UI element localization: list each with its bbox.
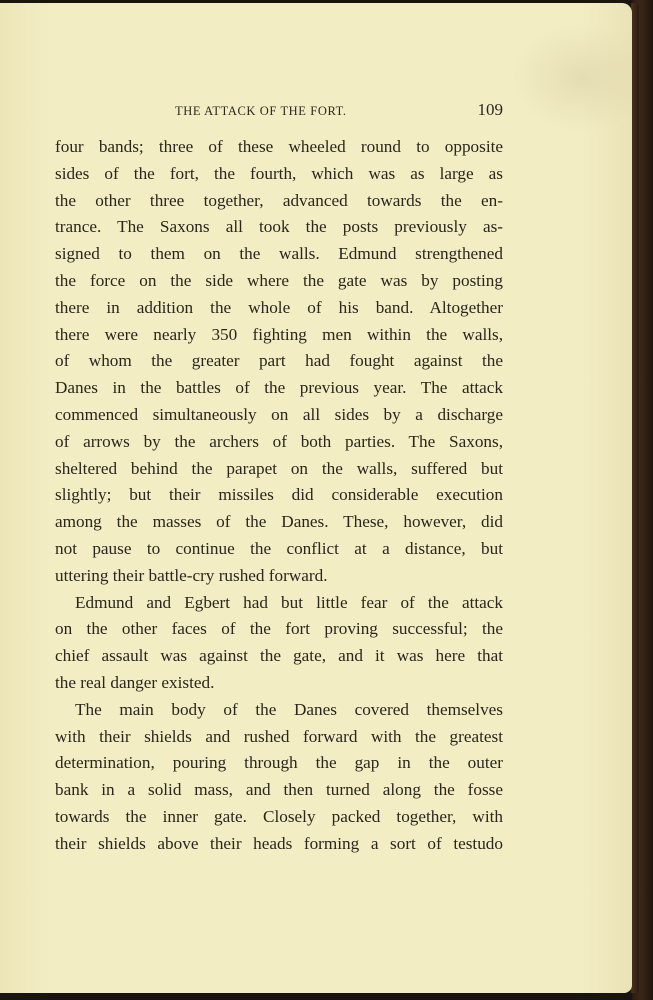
body-text: four bands; three of these wheeled round… xyxy=(55,134,503,858)
running-head: THE ATTACK OF THE FORT. 109 xyxy=(175,100,503,124)
text-line: the force on the side where the gate was… xyxy=(55,268,503,295)
page-number: 109 xyxy=(478,100,504,120)
text-line: sides of the fort, the fourth, which was… xyxy=(55,161,503,188)
text-line: chief assault was against the gate, and … xyxy=(55,643,503,670)
text-line: determination, pouring through the gap i… xyxy=(55,750,503,777)
text-line: the other three together, advanced towar… xyxy=(55,188,503,215)
text-line: not pause to continue the conflict at a … xyxy=(55,536,503,563)
text-line: Danes in the battles of the previous yea… xyxy=(55,375,503,402)
text-line: among the masses of the Danes. These, ho… xyxy=(55,509,503,536)
text-line: there were nearly 350 fighting men withi… xyxy=(55,322,503,349)
text-line: bank in a solid mass, and then turned al… xyxy=(55,777,503,804)
text-line: sheltered behind the parapet on the wall… xyxy=(55,456,503,483)
text-line: on the other faces of the fort proving s… xyxy=(55,616,503,643)
text-line: towards the inner gate. Closely packed t… xyxy=(55,804,503,831)
scanned-book-page: THE ATTACK OF THE FORT. 109 four bands; … xyxy=(0,0,653,1000)
text-line: of whom the greater part had fought agai… xyxy=(55,348,503,375)
text-line: the real danger existed. xyxy=(55,670,503,697)
page-edge xyxy=(631,3,639,993)
text-line: their shields above their heads forming … xyxy=(55,831,503,858)
paragraph-2: Edmund and Egbert had but little fear of… xyxy=(55,590,503,697)
text-line: uttering their battle-cry rushed forward… xyxy=(55,563,503,590)
text-line: Edmund and Egbert had but little fear of… xyxy=(55,590,503,617)
text-line: slightly; but their missiles did conside… xyxy=(55,482,503,509)
text-line: with their shields and rushed forward wi… xyxy=(55,724,503,751)
paragraph-3: The main body of the Danes covered thems… xyxy=(55,697,503,858)
text-line: The main body of the Danes covered thems… xyxy=(55,697,503,724)
book-page: THE ATTACK OF THE FORT. 109 four bands; … xyxy=(0,3,632,993)
text-line: four bands; three of these wheeled round… xyxy=(55,134,503,161)
text-line: there in addition the whole of his band.… xyxy=(55,295,503,322)
text-line: trance. The Saxons all took the posts pr… xyxy=(55,214,503,241)
paragraph-1: four bands; three of these wheeled round… xyxy=(55,134,503,590)
running-title: THE ATTACK OF THE FORT. xyxy=(175,104,347,119)
text-line: signed to them on the walls. Edmund stre… xyxy=(55,241,503,268)
text-line: commenced simultaneously on all sides by… xyxy=(55,402,503,429)
text-line: of arrows by the archers of both parties… xyxy=(55,429,503,456)
